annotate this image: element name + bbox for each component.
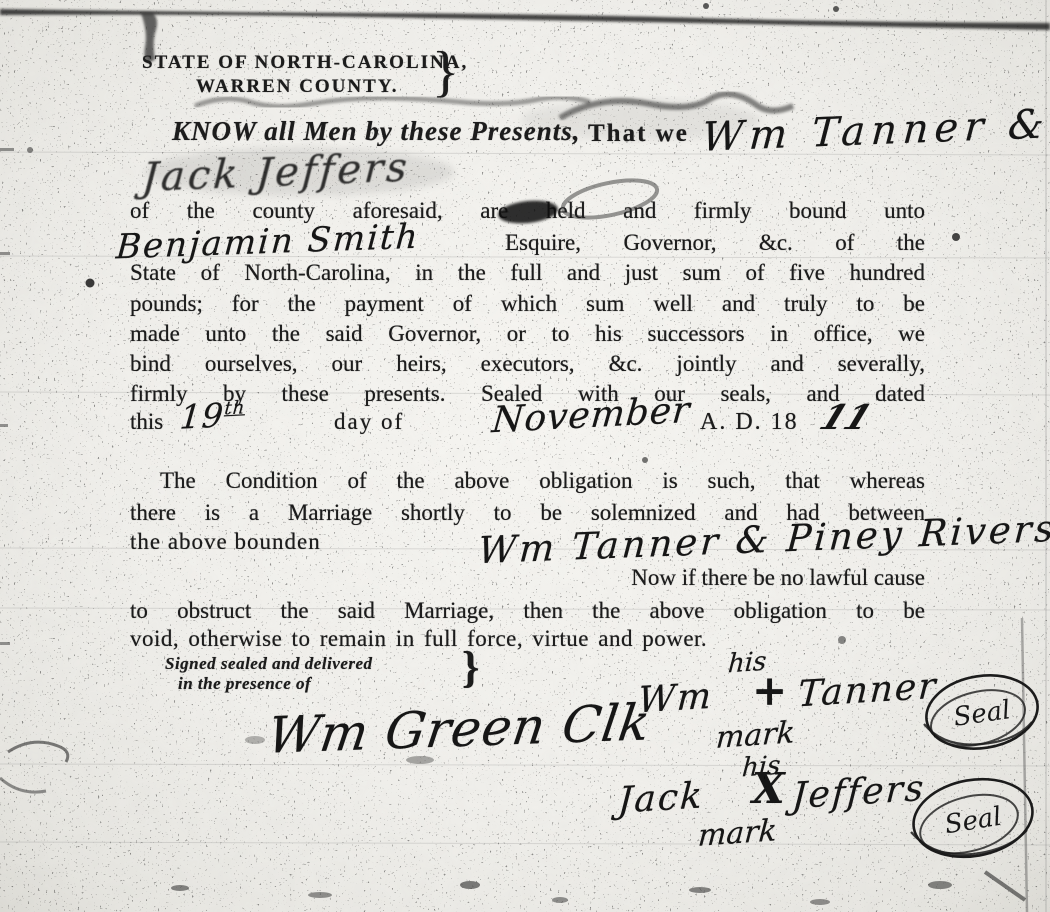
condition-line-3-prefix: the above bounden <box>130 529 321 555</box>
header-county-line: WARREN COUNTY. <box>196 76 399 98</box>
condition-line-5: to obstruct the said Marriage, then the … <box>130 596 925 626</box>
date-this-word: this <box>130 409 163 435</box>
signature2-first-name: Jack <box>617 775 705 821</box>
bond-line-6: bind ourselves, our heirs, executors, &c… <box>130 349 925 379</box>
signature2-last-name: Jeffers <box>791 768 927 817</box>
bond-line-3: State of North-Carolina, in the full and… <box>130 258 925 288</box>
seal2-label: Seal <box>943 802 1004 841</box>
bond-line-4: pounds; for the payment of which sum wel… <box>130 289 925 319</box>
witness-signature-handwritten: Wm Green Clk <box>264 693 654 765</box>
attestation-brace: } <box>462 646 479 690</box>
signature1-last-name: Tanner <box>797 666 939 716</box>
bond-line-5: made unto the said Governor, or to his s… <box>130 319 925 349</box>
groom-name-handwritten: Wm Tanner & <box>701 101 1050 161</box>
date-day-suffix: th <box>224 397 247 419</box>
condition-line-1: The Condition of the above obligation is… <box>160 466 925 496</box>
attestation-line-1: Signed sealed and delivered <box>165 654 373 674</box>
signature1-mark-symbol: + <box>752 666 787 715</box>
opening-clause-roman: That we <box>588 120 689 148</box>
signature1-first-name: Wm <box>637 676 715 722</box>
opening-clause-italic: KNOW all Men by these Presents, <box>172 116 581 147</box>
date-ad-prefix: A. D. 18 <box>700 409 799 436</box>
bond-line-1: of the county aforesaid, are held and fi… <box>130 196 925 226</box>
seal2-flourish: Seal <box>905 766 1045 878</box>
date-day-of: day of <box>334 409 404 435</box>
signature2-mark-word: mark <box>697 813 778 854</box>
signature2-mark-symbol: X <box>752 764 785 813</box>
bondsman-name-handwritten: Jack Jeffers <box>141 145 412 201</box>
seal1-label: Seal <box>952 695 1013 733</box>
signature1-mark-word: mark <box>715 715 796 756</box>
header-state-line: STATE OF NORTH-CAROLINA, <box>142 52 468 74</box>
attestation-line-2: in the presence of <box>178 674 311 694</box>
date-day-handwritten: 19th <box>178 394 246 437</box>
header-brace: } <box>432 44 459 100</box>
document-scan: STATE OF NORTH-CAROLINA, WARREN COUNTY. … <box>0 0 1050 912</box>
bond-line-2: Esquire, Governor, &c. of the <box>505 228 925 258</box>
date-day-number: 19 <box>178 395 225 437</box>
condition-line-4: Now if there be no lawful cause <box>520 565 925 591</box>
condition-line-6: void, otherwise to remain in full force,… <box>130 626 707 652</box>
